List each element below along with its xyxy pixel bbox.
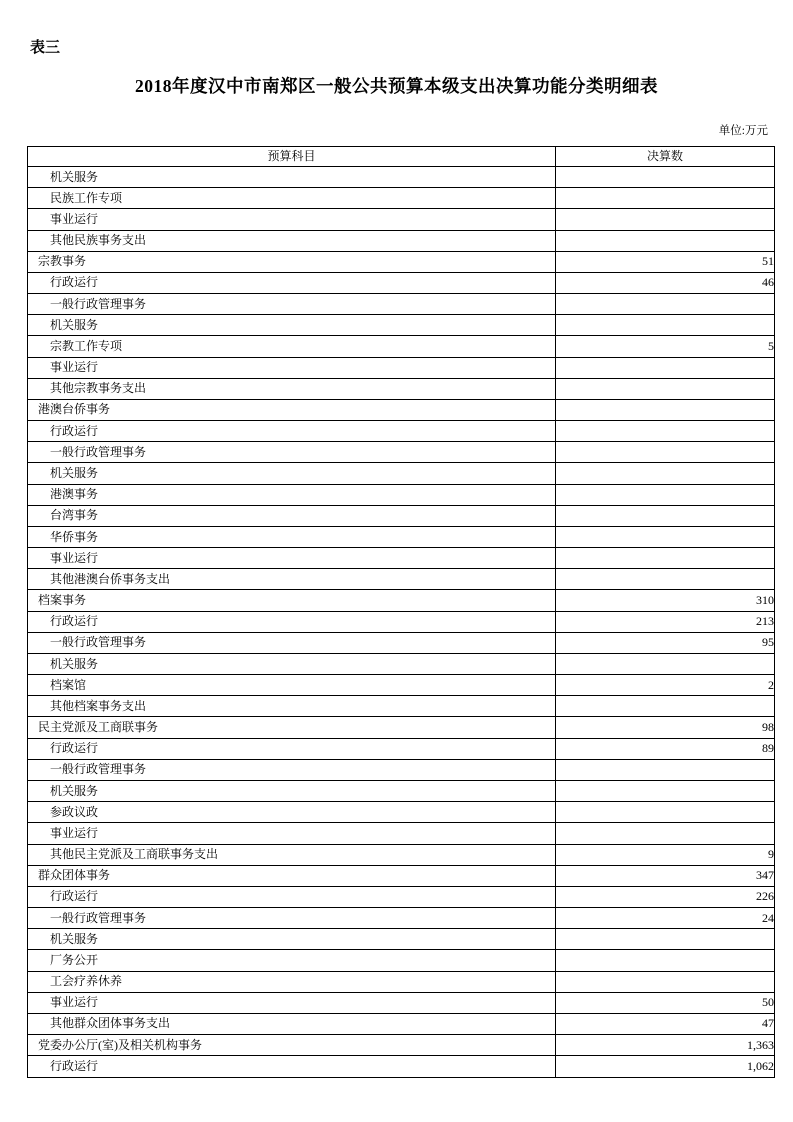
final-account-value: 47 (556, 1013, 775, 1034)
final-account-value: 1,363 (556, 1035, 775, 1056)
budget-item-label: 厂务公开 (28, 950, 556, 971)
table-row: 一般行政管理事务24 (28, 908, 775, 929)
budget-item-label: 民族工作专项 (28, 188, 556, 209)
budget-item-label: 工会疗养休养 (28, 971, 556, 992)
final-account-value (556, 696, 775, 717)
table-row: 行政运行46 (28, 272, 775, 293)
final-account-value (556, 357, 775, 378)
budget-item-label: 一般行政管理事务 (28, 908, 556, 929)
budget-item-label: 港澳事务 (28, 484, 556, 505)
final-account-value (556, 399, 775, 420)
budget-item-label: 行政运行 (28, 421, 556, 442)
final-account-value (556, 802, 775, 823)
final-account-value (556, 463, 775, 484)
table-row: 档案馆2 (28, 675, 775, 696)
budget-item-label: 参政议政 (28, 802, 556, 823)
table-row: 一般行政管理事务 (28, 759, 775, 780)
final-account-value: 226 (556, 886, 775, 907)
final-account-value (556, 421, 775, 442)
table-row: 行政运行226 (28, 886, 775, 907)
budget-item-label: 一般行政管理事务 (28, 294, 556, 315)
final-account-value (556, 484, 775, 505)
budget-item-label: 事业运行 (28, 209, 556, 230)
budget-item-label: 行政运行 (28, 272, 556, 293)
table-row: 事业运行50 (28, 992, 775, 1013)
budget-item-label: 机关服务 (28, 315, 556, 336)
budget-item-label: 宗教事务 (28, 251, 556, 272)
budget-item-label: 一般行政管理事务 (28, 442, 556, 463)
final-account-value: 5 (556, 336, 775, 357)
final-account-value (556, 929, 775, 950)
budget-item-label: 机关服务 (28, 463, 556, 484)
table-row: 其他档案事务支出 (28, 696, 775, 717)
table-row: 工会疗养休养 (28, 971, 775, 992)
budget-item-label: 档案事务 (28, 590, 556, 611)
table-row: 民族工作专项 (28, 188, 775, 209)
budget-item-label: 行政运行 (28, 1056, 556, 1078)
table-row: 一般行政管理事务 (28, 294, 775, 315)
budget-item-label: 一般行政管理事务 (28, 632, 556, 653)
final-account-value: 98 (556, 717, 775, 738)
budget-item-label: 群众团体事务 (28, 865, 556, 886)
budget-item-label: 其他民主党派及工商联事务支出 (28, 844, 556, 865)
final-account-value (556, 442, 775, 463)
table-row: 机关服务 (28, 315, 775, 336)
final-account-value (556, 759, 775, 780)
table-header-row: 预算科目 决算数 (28, 147, 775, 167)
budget-item-label: 行政运行 (28, 886, 556, 907)
final-account-value: 95 (556, 632, 775, 653)
final-account-value: 51 (556, 251, 775, 272)
table-row: 其他宗教事务支出 (28, 378, 775, 399)
column-header-value: 决算数 (556, 147, 775, 167)
final-account-value: 213 (556, 611, 775, 632)
budget-item-label: 档案馆 (28, 675, 556, 696)
budget-item-label: 事业运行 (28, 823, 556, 844)
budget-item-label: 宗教工作专项 (28, 336, 556, 357)
document-page: 表三 2018年度汉中市南郑区一般公共预算本级支出决算功能分类明细表 单位:万元… (0, 0, 793, 1122)
table-row: 事业运行 (28, 209, 775, 230)
final-account-value (556, 294, 775, 315)
table-row: 事业运行 (28, 357, 775, 378)
final-account-value (556, 823, 775, 844)
table-row: 宗教工作专项5 (28, 336, 775, 357)
budget-item-label: 事业运行 (28, 992, 556, 1013)
table-row: 群众团体事务347 (28, 865, 775, 886)
table-number-label: 表三 (30, 36, 60, 57)
final-account-value: 310 (556, 590, 775, 611)
table-row: 其他群众团体事务支出47 (28, 1013, 775, 1034)
table-row: 华侨事务 (28, 526, 775, 547)
final-account-value (556, 971, 775, 992)
table-row: 其他港澳台侨事务支出 (28, 569, 775, 590)
budget-item-label: 机关服务 (28, 929, 556, 950)
table-row: 港澳事务 (28, 484, 775, 505)
budget-item-label: 机关服务 (28, 780, 556, 801)
budget-item-label: 机关服务 (28, 653, 556, 674)
final-account-value (556, 505, 775, 526)
final-account-value (556, 780, 775, 801)
budget-item-label: 其他港澳台侨事务支出 (28, 569, 556, 590)
table-row: 行政运行1,062 (28, 1056, 775, 1078)
table-row: 一般行政管理事务95 (28, 632, 775, 653)
final-account-value (556, 526, 775, 547)
table-row: 其他民族事务支出 (28, 230, 775, 251)
table-row: 机关服务 (28, 167, 775, 188)
final-account-value (556, 209, 775, 230)
budget-item-label: 党委办公厅(室)及相关机构事务 (28, 1035, 556, 1056)
budget-item-label: 一般行政管理事务 (28, 759, 556, 780)
final-account-value: 1,062 (556, 1056, 775, 1078)
final-account-value (556, 230, 775, 251)
table-row: 参政议政 (28, 802, 775, 823)
table-row: 事业运行 (28, 548, 775, 569)
table-row: 其他民主党派及工商联事务支出9 (28, 844, 775, 865)
final-account-value: 9 (556, 844, 775, 865)
budget-item-label: 港澳台侨事务 (28, 399, 556, 420)
budget-item-label: 机关服务 (28, 167, 556, 188)
unit-note: 单位:万元 (719, 122, 768, 138)
budget-item-label: 其他群众团体事务支出 (28, 1013, 556, 1034)
page-title: 2018年度汉中市南郑区一般公共预算本级支出决算功能分类明细表 (0, 73, 793, 98)
budget-item-label: 其他档案事务支出 (28, 696, 556, 717)
table-row: 机关服务 (28, 653, 775, 674)
final-account-value (556, 188, 775, 209)
table-row: 党委办公厅(室)及相关机构事务1,363 (28, 1035, 775, 1056)
budget-item-label: 其他民族事务支出 (28, 230, 556, 251)
final-account-value (556, 569, 775, 590)
final-account-value (556, 378, 775, 399)
budget-item-label: 行政运行 (28, 611, 556, 632)
table-row: 台湾事务 (28, 505, 775, 526)
column-header-subject: 预算科目 (28, 147, 556, 167)
final-account-value: 50 (556, 992, 775, 1013)
final-account-value: 2 (556, 675, 775, 696)
table-row: 机关服务 (28, 780, 775, 801)
budget-item-label: 华侨事务 (28, 526, 556, 547)
table-row: 港澳台侨事务 (28, 399, 775, 420)
budget-item-label: 行政运行 (28, 738, 556, 759)
budget-item-label: 事业运行 (28, 357, 556, 378)
final-account-value (556, 950, 775, 971)
final-account-value (556, 653, 775, 674)
final-account-value (556, 167, 775, 188)
table-row: 机关服务 (28, 463, 775, 484)
budget-item-label: 民主党派及工商联事务 (28, 717, 556, 738)
table-row: 民主党派及工商联事务98 (28, 717, 775, 738)
final-account-value (556, 548, 775, 569)
table-row: 宗教事务51 (28, 251, 775, 272)
table-row: 机关服务 (28, 929, 775, 950)
final-account-value: 347 (556, 865, 775, 886)
final-account-value: 89 (556, 738, 775, 759)
budget-item-label: 其他宗教事务支出 (28, 378, 556, 399)
final-account-value: 24 (556, 908, 775, 929)
final-account-value (556, 315, 775, 336)
table-row: 一般行政管理事务 (28, 442, 775, 463)
table-row: 行政运行89 (28, 738, 775, 759)
table-row: 行政运行213 (28, 611, 775, 632)
table-row: 事业运行 (28, 823, 775, 844)
budget-item-label: 事业运行 (28, 548, 556, 569)
table-row: 行政运行 (28, 421, 775, 442)
table-row: 厂务公开 (28, 950, 775, 971)
table-row: 档案事务310 (28, 590, 775, 611)
budget-item-label: 台湾事务 (28, 505, 556, 526)
budget-table: 预算科目 决算数 机关服务民族工作专项事业运行其他民族事务支出宗教事务51行政运… (27, 146, 775, 1078)
final-account-value: 46 (556, 272, 775, 293)
